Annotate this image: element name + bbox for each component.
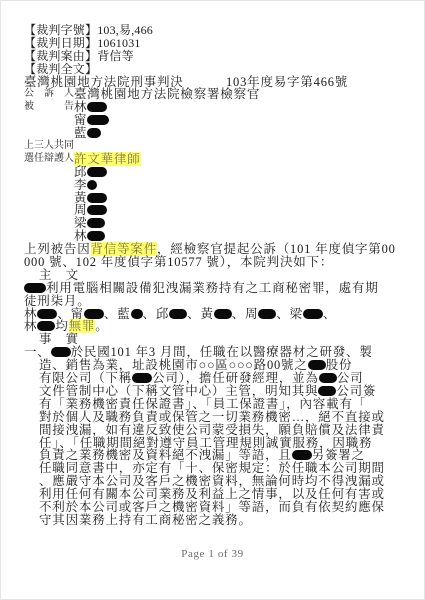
- text-segment: 利用電腦相關設備犯洩漏業務持有之工商秘密罪，處有期: [46, 281, 379, 295]
- redaction-mark: [131, 309, 143, 319]
- party-row: 藍: [24, 127, 410, 140]
- parties-section: 公 訴 人臺灣桃園地方法院檢察署檢察官被 告林甯藍上三人共同選任辯護人許文華律師…: [24, 88, 410, 243]
- court-title: 臺灣桃園地方法院刑事判決: [24, 75, 184, 89]
- text-segment: 林: [24, 319, 37, 333]
- text-segment: 不利於本公司或客戶之機密資料」等語，而負有依契約應保: [39, 500, 385, 514]
- text-segment: 、周: [232, 307, 259, 321]
- redaction-mark: [87, 115, 109, 125]
- judgment-body-section: 上列被告因背信等案件，經檢察官提起公訴（101 年度偵字第00000 號、102…: [24, 243, 410, 527]
- party-role-label: [24, 114, 74, 127]
- judgment-document-page: 【裁判字號】103,易,466【裁判日期】1061031【裁判案由】背信等【裁判…: [0, 0, 425, 600]
- redaction-mark: [37, 309, 57, 319]
- redaction-mark: [169, 309, 187, 319]
- party-role-label: 被 告: [24, 101, 74, 114]
- meta-label: 【裁判案由】: [24, 49, 97, 63]
- text-segment: 公司），擔任研發經理，並為: [152, 371, 319, 385]
- redaction-mark: [87, 218, 105, 228]
- body-line: 守其因業務上持有工商秘密之義務。: [24, 514, 410, 527]
- text-segment: 邱: [74, 165, 87, 179]
- party-role-label: [24, 204, 74, 217]
- text-segment: 利用任何有關本公司業務及利益上之情事，以及任何有害或: [39, 487, 385, 501]
- party-name: 臺灣桃園地方法院檢察署檢察官: [74, 88, 260, 101]
- text-segment: 藍: [74, 126, 87, 140]
- party-role-label: [24, 179, 74, 192]
- redaction-mark: [87, 128, 101, 138]
- party-name: 藍: [74, 127, 101, 140]
- redaction-mark: [84, 309, 104, 319]
- meta-value: 1061031: [97, 36, 140, 50]
- redaction-mark: [318, 386, 336, 396]
- text-segment: 李: [74, 178, 87, 192]
- document-content: 【裁判字號】103,易,466【裁判日期】1061031【裁判案由】背信等【裁判…: [24, 24, 410, 527]
- text-segment: 黃: [74, 191, 87, 205]
- body-line: 林均無罪。: [24, 320, 410, 333]
- text-segment: 文件管制中心（下稱文管中心）主管，明知其與: [39, 384, 318, 398]
- party-row: 上三人共同: [24, 140, 410, 153]
- redaction-mark: [303, 309, 323, 319]
- redaction-mark: [87, 205, 107, 215]
- meta-value: 103,易,466: [97, 23, 153, 37]
- case-number: 103年度易字第466號: [226, 76, 348, 89]
- judgment-title-line: 臺灣桃園地方法院刑事判決 103年度易字第466號: [24, 76, 410, 89]
- text-segment: 、: [323, 307, 336, 321]
- redaction-mark: [87, 167, 107, 177]
- party-role-label: [24, 127, 74, 140]
- redaction-mark: [319, 373, 337, 383]
- party-role-label: [24, 217, 74, 230]
- redaction-mark: [292, 450, 312, 460]
- party-role-label: [24, 166, 74, 179]
- redaction-mark: [87, 231, 105, 241]
- redaction-mark: [87, 180, 97, 190]
- text-segment: 000 號、102 年度偵字第10577 號），本院判決如下：: [24, 255, 333, 269]
- text-segment: 徒刑柒月。: [24, 294, 91, 308]
- redaction-mark: [132, 373, 152, 383]
- text-segment: 間接洩漏，如有違反致使公司蒙受損失，願負賠償及法律責: [39, 423, 385, 437]
- redaction-mark: [258, 309, 276, 319]
- text-segment: 有「業務機密責任保證書」、「員工保證書」，內容載有「: [39, 397, 366, 411]
- meta-label: 【裁判日期】: [24, 36, 97, 50]
- text-segment: 臺灣桃園地方法院檢察署檢察官: [74, 87, 260, 101]
- meta-label: 【裁判全文】: [24, 62, 97, 76]
- text-segment: 、梁: [276, 307, 303, 321]
- text-segment: 主 文: [39, 268, 79, 282]
- party-role-label: 上三人共同: [24, 140, 74, 153]
- body-line: 000 號、102 年度偵字第10577 號），本院判決如下：: [24, 256, 410, 269]
- party-role-label: 公 訴 人: [24, 88, 74, 101]
- text-segment: 、邱: [143, 307, 170, 321]
- meta-value: 背信等: [97, 49, 134, 63]
- redaction-mark: [214, 309, 232, 319]
- redaction-mark: [87, 102, 107, 112]
- party-role-label: [24, 192, 74, 205]
- redaction-mark: [87, 193, 107, 203]
- party-role-label: 選任辯護人: [24, 153, 74, 166]
- text-segment: 對於個人及職務負責或保管之一切業務機密…，絕不直接或: [39, 410, 385, 424]
- text-segment: 公司: [337, 371, 364, 385]
- redaction-mark: [24, 283, 46, 293]
- text-segment: 公司簽: [336, 384, 376, 398]
- redaction-mark: [308, 360, 326, 370]
- meta-label: 【裁判字號】: [24, 23, 97, 37]
- redaction-mark: [51, 347, 71, 357]
- text-segment: 。: [95, 319, 108, 333]
- highlight-keyword: 許文華律師: [74, 152, 141, 166]
- page-footer: Page 1 of 39: [1, 548, 424, 560]
- text-segment: 有限公司（下稱: [39, 371, 132, 385]
- text-segment: 守其因業務上持有工商秘密之義務。: [39, 513, 252, 527]
- redaction-mark: [37, 321, 55, 331]
- judgment-meta-section: 【裁判字號】103,易,466【裁判日期】1061031【裁判案由】背信等【裁判…: [24, 24, 410, 76]
- text-segment: 、黃: [187, 307, 214, 321]
